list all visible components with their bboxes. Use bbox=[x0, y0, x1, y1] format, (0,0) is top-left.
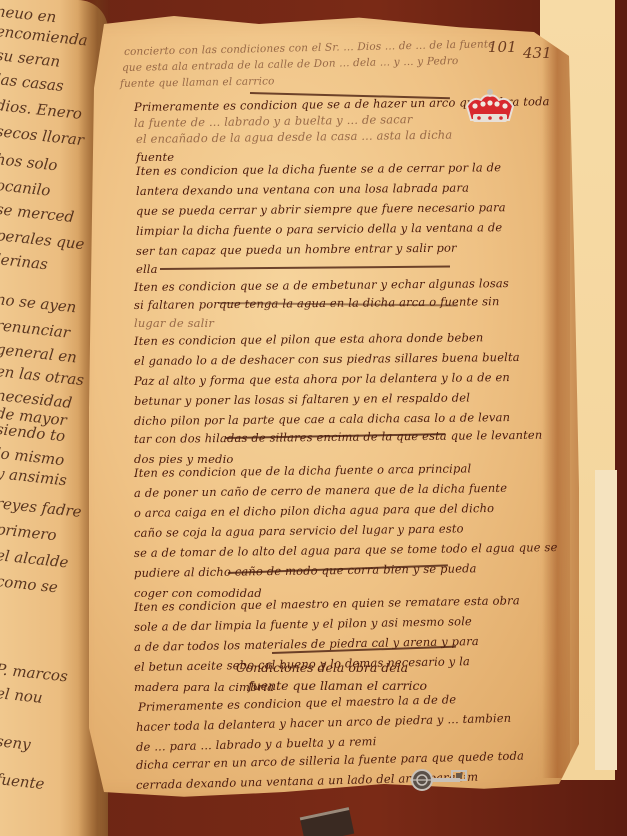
section-heading: fuente que llaman el carrico bbox=[248, 678, 427, 693]
left-page-line: lerinas bbox=[0, 250, 49, 273]
left-page-line: no se ayen bbox=[0, 290, 77, 316]
condition-line: lugar de salir bbox=[134, 316, 214, 330]
underlying-sheet-edge bbox=[595, 470, 617, 770]
condition-line: ella bbox=[136, 262, 158, 276]
crown-icon bbox=[463, 88, 517, 130]
left-page-line: dios. Enero bbox=[0, 96, 83, 123]
left-page-line: hos solo bbox=[0, 150, 58, 174]
left-page-line: encomienda bbox=[0, 22, 89, 50]
left-page-line: reyes fadre bbox=[0, 494, 82, 521]
condition-line: fuente bbox=[136, 150, 174, 164]
left-page-line: se merced bbox=[0, 200, 75, 226]
left-page-line: las casas bbox=[0, 70, 64, 95]
left-page-line: seny bbox=[0, 732, 31, 754]
page-edge-stain bbox=[542, 38, 570, 778]
left-page-line: general en bbox=[0, 340, 78, 366]
left-page-line: P. marcos bbox=[0, 660, 69, 685]
left-page-line: primero bbox=[0, 520, 57, 544]
left-page-line: el alcalde bbox=[0, 546, 69, 572]
left-page-line: como se bbox=[0, 572, 59, 596]
left-page-line: ocanilo bbox=[0, 176, 51, 200]
left-page-line: su seran bbox=[0, 46, 61, 71]
left-page-line: el nou bbox=[0, 684, 43, 707]
section-heading: Condiciones dela obra dela bbox=[236, 660, 408, 675]
folio-number: 431 bbox=[523, 44, 552, 62]
left-page-line: renunciar bbox=[0, 316, 71, 342]
left-page-line: fuente bbox=[0, 770, 45, 793]
left-page-line: perales que bbox=[0, 226, 85, 253]
left-page-line: secos llorar bbox=[0, 122, 85, 149]
key-icon bbox=[408, 767, 472, 793]
